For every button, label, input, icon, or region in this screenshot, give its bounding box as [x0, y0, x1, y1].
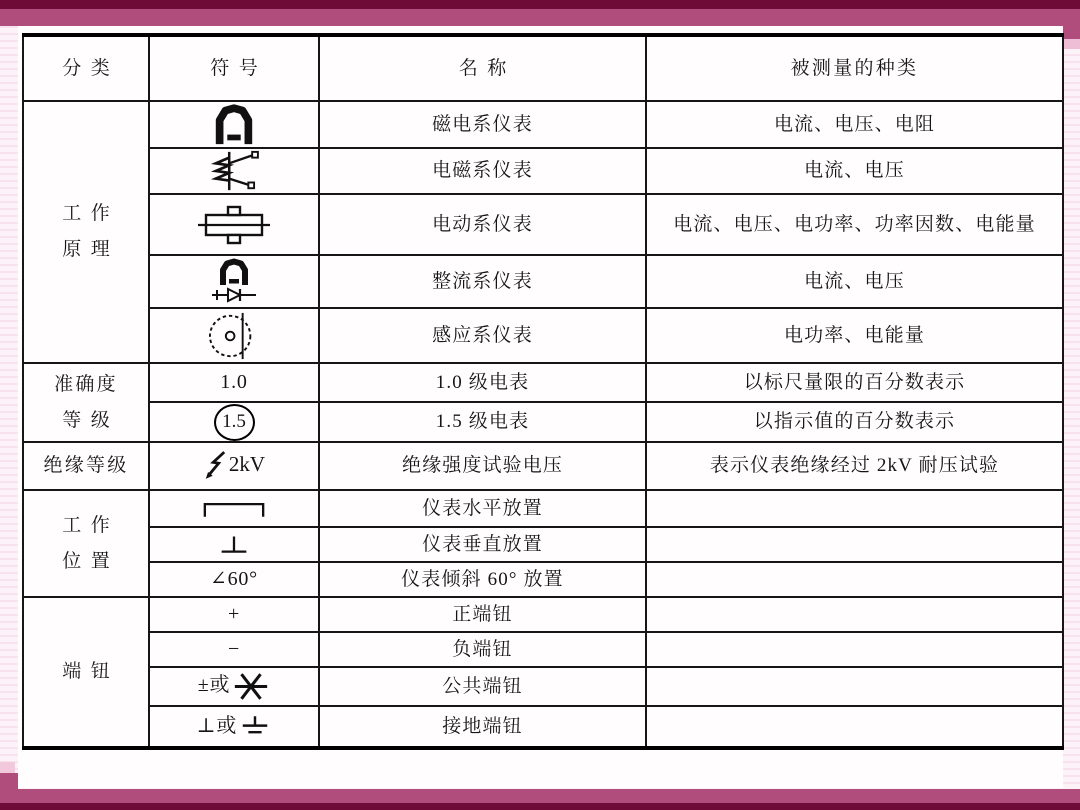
table-row: 准确度 等级 1.0 1.0 级电表 以标尺量限的百分数表示 — [23, 363, 1063, 402]
symbol-cell — [149, 527, 319, 562]
header-category-label: 分类 — [62, 58, 119, 79]
coil-icon — [203, 149, 265, 193]
table-row: − 负端钮 — [23, 632, 1063, 667]
kv-symbol-text: 2kV — [229, 452, 265, 476]
row-name: 磁电系仪表 — [432, 114, 533, 135]
table-row: 感应系仪表 电功率、电能量 — [23, 308, 1063, 363]
measures-cell: 电流、电压 — [646, 255, 1063, 308]
left-edge-pink-accent — [0, 762, 15, 773]
symbol-cell — [149, 490, 319, 527]
measures-cell — [646, 527, 1063, 562]
category-label-line: 位置 — [30, 544, 152, 580]
table-row: ⊥或 接地端钮 — [23, 706, 1063, 748]
name-cell: 整流系仪表 — [319, 255, 646, 308]
name-cell: 电磁系仪表 — [319, 148, 646, 194]
row-name: 1.5 级电表 — [436, 411, 529, 432]
accuracy-1-0-symbol: 1.0 — [220, 371, 247, 393]
row-name: 电动系仪表 — [432, 214, 533, 235]
name-cell: 负端钮 — [319, 632, 646, 667]
header-name-label: 名称 — [459, 58, 516, 79]
table-row: 仪表垂直放置 — [23, 527, 1063, 562]
row-name: 公共端钮 — [442, 676, 523, 697]
table-row: 整流系仪表 电流、电压 — [23, 255, 1063, 308]
category-cell-accuracy-class: 准确度 等级 — [23, 363, 149, 442]
table-row: 1.5 1.5 级电表 以指示值的百分数表示 — [23, 402, 1063, 442]
rectifier-icon — [206, 258, 262, 306]
table-row: 工作 原理 磁电系仪表 电流、电压、电阻 — [23, 101, 1063, 148]
measures-cell: 电功率、电能量 — [646, 308, 1063, 363]
row-measures: 以标尺量限的百分数表示 — [744, 372, 966, 393]
row-measures: 电流、电压、电功率、功率因数、电能量 — [673, 214, 1036, 235]
plus-symbol: + — [228, 603, 240, 625]
table-row: ∠60° 仪表倾斜 60° 放置 — [23, 562, 1063, 597]
row-name: 仪表水平放置 — [422, 498, 543, 519]
symbol-cell: + — [149, 597, 319, 632]
category-label-line: 绝缘等级 — [30, 448, 142, 484]
star-icon — [232, 671, 270, 702]
measures-cell — [646, 632, 1063, 667]
measures-cell — [646, 490, 1063, 527]
row-name: 仪表垂直放置 — [422, 534, 543, 555]
left-edge-magenta-accent — [0, 773, 18, 790]
category-label-line: 准确度 — [30, 367, 142, 403]
plusminus-or-text: ±或 — [198, 674, 231, 696]
row-name: 感应系仪表 — [432, 325, 533, 346]
name-cell: 仪表倾斜 60° 放置 — [319, 562, 646, 597]
top-dark-bar — [0, 0, 1080, 9]
category-label-line: 工作 — [30, 508, 152, 544]
table-row: 电动系仪表 电流、电压、电功率、功率因数、电能量 — [23, 194, 1063, 255]
measures-cell: 电流、电压、电功率、功率因数、电能量 — [646, 194, 1063, 255]
name-cell: 1.0 级电表 — [319, 363, 646, 402]
row-name: 仪表倾斜 60° 放置 — [401, 569, 564, 590]
header-measured-label: 被测量的种类 — [791, 58, 919, 79]
symbol-cell: 1.5 — [149, 402, 319, 442]
table-row: 端钮 + 正端钮 — [23, 597, 1063, 632]
ground-icon — [239, 715, 271, 740]
header-row: 分类 符号 名称 被测量的种类 — [23, 35, 1063, 101]
name-cell: 仪表水平放置 — [319, 490, 646, 527]
instrument-symbol-table: 分类 符号 名称 被测量的种类 工作 原理 磁电系仪表 电流、电压、电阻 — [22, 33, 1064, 750]
measures-cell — [646, 597, 1063, 632]
row-measures: 电流、电压 — [804, 160, 905, 181]
name-cell: 绝缘强度试验电压 — [319, 442, 646, 490]
category-label-line: 工作 — [30, 196, 152, 232]
electrodynamic-icon — [196, 203, 272, 247]
symbol-cell: 1.0 — [149, 363, 319, 402]
row-name: 接地端钮 — [442, 716, 523, 737]
header-name: 名称 — [319, 35, 646, 101]
measures-cell: 电流、电压、电阻 — [646, 101, 1063, 148]
table-row: 绝缘等级 2kV 绝缘强度试验电压 表示仪表绝缘经过 2kV 耐压试验 — [23, 442, 1063, 490]
right-edge-pink-accent — [1063, 39, 1080, 49]
name-cell: 正端钮 — [319, 597, 646, 632]
name-cell: 公共端钮 — [319, 667, 646, 706]
row-measures: 以指示值的百分数表示 — [754, 411, 955, 432]
name-cell: 感应系仪表 — [319, 308, 646, 363]
name-cell: 电动系仪表 — [319, 194, 646, 255]
symbol-cell — [149, 255, 319, 308]
lightning-bolt-icon — [203, 450, 227, 482]
row-name: 正端钮 — [452, 604, 512, 625]
header-symbol: 符号 — [149, 35, 319, 101]
bottom-magenta-bar — [0, 789, 1080, 803]
measures-cell: 以指示值的百分数表示 — [646, 402, 1063, 442]
name-cell: 仪表垂直放置 — [319, 527, 646, 562]
measures-cell: 电流、电压 — [646, 148, 1063, 194]
angle-60-symbol: ∠60° — [210, 568, 258, 590]
symbol-cell: 2kV — [149, 442, 319, 490]
symbol-cell: ⊥或 — [149, 706, 319, 748]
header-category: 分类 — [23, 35, 149, 101]
symbol-cell — [149, 101, 319, 148]
row-name: 绝缘强度试验电压 — [402, 455, 563, 476]
header-measured: 被测量的种类 — [646, 35, 1063, 101]
measures-cell — [646, 706, 1063, 748]
horizontal-position-icon — [199, 499, 269, 519]
category-cell-working-position: 工作 位置 — [23, 490, 149, 597]
row-measures: 表示仪表绝缘经过 2kV 耐压试验 — [710, 455, 999, 476]
row-measures: 电功率、电能量 — [784, 325, 925, 346]
name-cell: 1.5 级电表 — [319, 402, 646, 442]
measures-cell: 表示仪表绝缘经过 2kV 耐压试验 — [646, 442, 1063, 490]
symbol-cell — [149, 194, 319, 255]
category-cell-terminals: 端钮 — [23, 597, 149, 748]
category-cell-insulation-class: 绝缘等级 — [23, 442, 149, 490]
vertical-position-icon — [215, 534, 253, 556]
table-row: ±或 公共端钮 — [23, 667, 1063, 706]
accuracy-1-5-circled-symbol: 1.5 — [214, 404, 255, 441]
symbol-cell: ±或 — [149, 667, 319, 706]
category-label-line: 原理 — [30, 232, 152, 268]
name-cell: 接地端钮 — [319, 706, 646, 748]
symbol-cell: − — [149, 632, 319, 667]
induction-icon — [205, 311, 263, 361]
bottom-dark-bar — [0, 803, 1080, 810]
right-edge-magenta-accent — [1063, 26, 1080, 39]
measures-cell: 以标尺量限的百分数表示 — [646, 363, 1063, 402]
measures-cell — [646, 562, 1063, 597]
table-row: 电磁系仪表 电流、电压 — [23, 148, 1063, 194]
minus-symbol: − — [228, 638, 240, 660]
magnet-icon — [211, 104, 257, 146]
row-measures: 电流、电压 — [804, 271, 905, 292]
name-cell: 磁电系仪表 — [319, 101, 646, 148]
row-name: 1.0 级电表 — [436, 372, 529, 393]
symbol-cell — [149, 148, 319, 194]
symbol-cell — [149, 308, 319, 363]
category-label-line: 端钮 — [30, 654, 152, 690]
measures-cell — [646, 667, 1063, 706]
category-cell-working-principle: 工作 原理 — [23, 101, 149, 363]
row-name: 整流系仪表 — [432, 271, 533, 292]
top-magenta-bar — [0, 9, 1080, 26]
category-label-line: 等级 — [30, 403, 152, 439]
header-symbol-label: 符号 — [210, 58, 267, 79]
row-measures: 电流、电压、电阻 — [774, 114, 935, 135]
symbol-cell: ∠60° — [149, 562, 319, 597]
row-name: 电磁系仪表 — [432, 160, 533, 181]
table-row: 工作 位置 仪表水平放置 — [23, 490, 1063, 527]
perpendicular-or-text: ⊥或 — [197, 715, 237, 737]
row-name: 负端钮 — [452, 639, 512, 660]
